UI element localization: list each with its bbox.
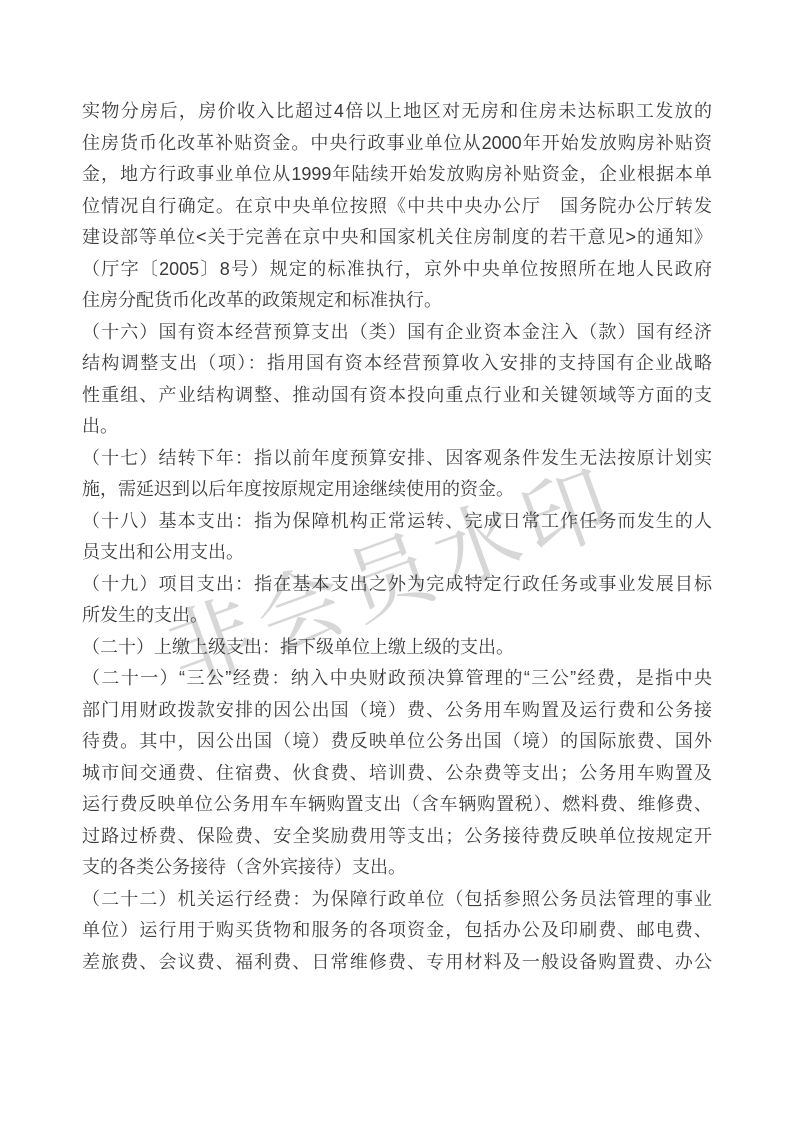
text-line: 性重组、产业结构调整、推动国有资本投向重点行业和关键领域等方面的支: [82, 380, 712, 412]
text-line: 员支出和公用支出。: [82, 537, 712, 569]
text-line: 施，需延迟到以后年度按原规定用途继续使用的资金。: [82, 474, 712, 506]
text-line: 过路过桥费、保险费、安全奖励费用等支出；公务接待费反映单位按规定开: [82, 821, 712, 853]
text-line: 所发生的支出。: [82, 600, 712, 632]
text-line: 住房分配货币化改革的政策规定和标准执行。: [82, 285, 712, 317]
text-line: 待费。其中，因公出国（境）费反映单位公务出国（境）的国际旅费、国外: [82, 726, 712, 758]
text-line: 支的各类公务接待（含外宾接待）支出。: [82, 852, 712, 884]
text-line: 结构调整支出（项）：指用国有资本经营预算收入安排的支持国有企业战略: [82, 348, 712, 380]
text-line: 出。: [82, 411, 712, 443]
text-line: （十九）项目支出：指在基本支出之外为完成特定行政任务或事业发展目标: [82, 569, 712, 601]
document-page: 非会员水印 实物分房后，房价收入比超过4倍以上地区对无房和住房未达标职工发放的 …: [0, 0, 794, 1122]
text-line: 住房货币化改革补贴资金。中央行政事业单位从2000年开始发放购房补贴资: [82, 128, 712, 160]
text-line: 位情况自行确定。在京中央单位按照《中共中央办公厅 国务院办公厅转发: [82, 191, 712, 223]
text-line: （二十）上缴上级支出：指下级单位上缴上级的支出。: [82, 632, 712, 664]
text-line: 金，地方行政事业单位从1999年陆续开始发放购房补贴资金，企业根据本单: [82, 159, 712, 191]
text-line: （厅字〔2005〕8号）规定的标准执行，京外中央单位按照所在地人民政府: [82, 254, 712, 286]
text-line: （二十二）机关运行经费：为保障行政单位（包括参照公务员法管理的事业: [82, 884, 712, 916]
text-line: （十六）国有资本经营预算支出（类）国有企业资本金注入（款）国有经济: [82, 317, 712, 349]
text-line: 建设部等单位<关于完善在京中央和国家机关住房制度的若干意见>的通知》: [82, 222, 712, 254]
text-line: 城市间交通费、住宿费、伙食费、培训费、公杂费等支出；公务用车购置及: [82, 758, 712, 790]
text-line: 运行费反映单位公务用车车辆购置支出（含车辆购置税）、燃料费、维修费、: [82, 789, 712, 821]
text-line: （二十一）“三公”经费：纳入中央财政预决算管理的“三公”经费，是指中央: [82, 663, 712, 695]
text-line: （十七）结转下年：指以前年度预算安排、因客观条件发生无法按原计划实: [82, 443, 712, 475]
text-line: 差旅费、会议费、福利费、日常维修费、专用材料及一般设备购置费、办公: [82, 947, 712, 979]
text-line: （十八）基本支出：指为保障机构正常运转、完成日常工作任务而发生的人: [82, 506, 712, 538]
text-line: 部门用财政拨款安排的因公出国（境）费、公务用车购置及运行费和公务接: [82, 695, 712, 727]
text-line: 单位）运行用于购买货物和服务的各项资金，包括办公及印刷费、邮电费、: [82, 915, 712, 947]
text-line: 实物分房后，房价收入比超过4倍以上地区对无房和住房未达标职工发放的: [82, 96, 712, 128]
document-content: 实物分房后，房价收入比超过4倍以上地区对无房和住房未达标职工发放的 住房货币化改…: [82, 96, 712, 978]
